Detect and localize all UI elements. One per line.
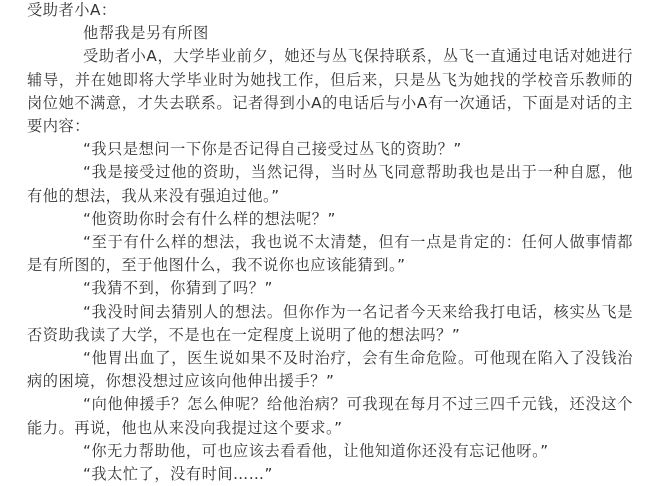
dialogue-line: “我只是想问一下你是否记得自己接受过丛飞的资助？” [27, 138, 633, 161]
subheading: 他帮我是另有所图 [27, 22, 633, 45]
dialogue-line: “我猜不到，你猜到了吗？” [27, 277, 633, 300]
intro-paragraph: 受助者小A，大学毕业前夕，她还与丛飞保持联系，丛飞一直通过电话对她进行辅导，并在… [27, 45, 633, 138]
dialogue-line: “他胃出血了，医生说如果不及时治疗，会有生命危险。可他现在陷入了没钱治病的困境，… [27, 347, 633, 393]
dialogue-line: “我没时间去猜别人的想法。但你作为一名记者今天来给我打电话，核实丛飞是否资助我读… [27, 301, 633, 347]
dialogue-line: “向他伸援手？怎么伸呢？给他治病？可我现在每月不过三四千元钱，还没这个能力。再说… [27, 393, 633, 426]
speaker-label: 受助者小A： [27, 0, 633, 22]
article-body: 受助者小A： 他帮我是另有所图 受助者小A，大学毕业前夕，她还与丛飞保持联系，丛… [27, 0, 633, 426]
dialogue-line: “我是接受过他的资助，当然记得，当时丛飞同意帮助我也是出于一种自愿，他有他的想法… [27, 161, 633, 207]
dialogue-line: “至于有什么样的想法，我也说不太清楚，但有一点是肯定的：任何人做事情都是有所图的… [27, 231, 633, 277]
dialogue-line: “他资助你时会有什么样的想法呢？” [27, 208, 633, 231]
